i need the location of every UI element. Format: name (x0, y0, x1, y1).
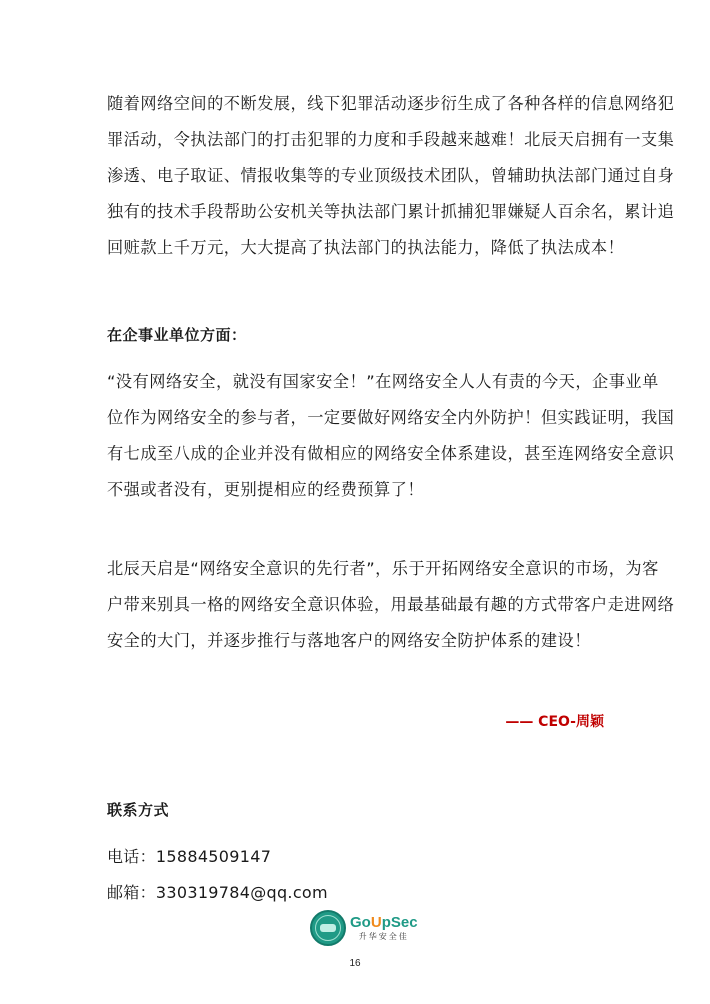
text-line: “没有网络安全，就没有国家安全！”在网络安全人人有责的今天，企事业单 (107, 364, 607, 400)
document-page: 随着网络空间的不断发展，线下犯罪活动逐步衍生成了各种各样的信息网络犯 罪活动，令… (0, 0, 710, 1004)
goupsec-badge-icon (310, 910, 346, 946)
contact-email: 邮箱：330319784@qq.com (107, 882, 328, 904)
phone-label: 电话： (107, 847, 156, 866)
paragraph-enterprise: “没有网络安全，就没有国家安全！”在网络安全人人有责的今天，企事业单 位作为网络… (107, 364, 607, 508)
text-line: 渗透、电子取证、情报收集等的专业顶级技术团队，曾辅助执法部门通过自身 (107, 158, 607, 194)
text-line: 独有的技术手段帮助公安机关等执法部门累计抓捕犯罪嫌疑人百余名，累计追 (107, 194, 607, 230)
ceo-signature: —— CEO-周颖 (505, 712, 604, 732)
contact-heading: 联系方式 (107, 800, 169, 820)
phone-number: 15884509147 (156, 847, 271, 866)
text-line: 罪活动，令执法部门的打击犯罪的力度和手段越来越难！北辰天启拥有一支集 (107, 122, 607, 158)
email-label: 邮箱： (107, 883, 156, 902)
text-line: 不强或者没有，更别提相应的经费预算了！ (107, 472, 607, 508)
email-address[interactable]: 330319784@qq.com (156, 883, 328, 902)
text-line: 回赃款上千万元，大大提高了执法部门的执法能力，降低了执法成本！ (107, 230, 607, 266)
text-line: 随着网络空间的不断发展，线下犯罪活动逐步衍生成了各种各样的信息网络犯 (107, 86, 607, 122)
page-number: 16 (0, 958, 710, 969)
text-line: 安全的大门，并逐步推行与落地客户的网络安全防护体系的建设！ (107, 623, 607, 659)
logo-subtitle: 升华安全佳 (359, 931, 409, 942)
contact-phone: 电话：15884509147 (107, 846, 271, 868)
footer-logo: GoUpSec 升华安全佳 (310, 910, 418, 946)
logo-name: GoUpSec (350, 915, 418, 931)
text-line: 有七成至八成的企业并没有做相应的网络安全体系建设，甚至连网络安全意识 (107, 436, 607, 472)
text-line: 位作为网络安全的参与者，一定要做好网络安全内外防护！但实践证明，我国 (107, 400, 607, 436)
text-line: 户带来别具一格的网络安全意识体验，用最基础最有趣的方式带客户走进网络 (107, 587, 607, 623)
text-line: 北辰天启是“网络安全意识的先行者”，乐于开拓网络安全意识的市场，为客 (107, 551, 607, 587)
paragraph-awareness: 北辰天启是“网络安全意识的先行者”，乐于开拓网络安全意识的市场，为客 户带来别具… (107, 551, 607, 659)
logo-wordmark: GoUpSec 升华安全佳 (350, 915, 418, 942)
section-heading: 在企事业单位方面： (107, 325, 247, 345)
paragraph-law-enforcement: 随着网络空间的不断发展，线下犯罪活动逐步衍生成了各种各样的信息网络犯 罪活动，令… (107, 86, 607, 266)
